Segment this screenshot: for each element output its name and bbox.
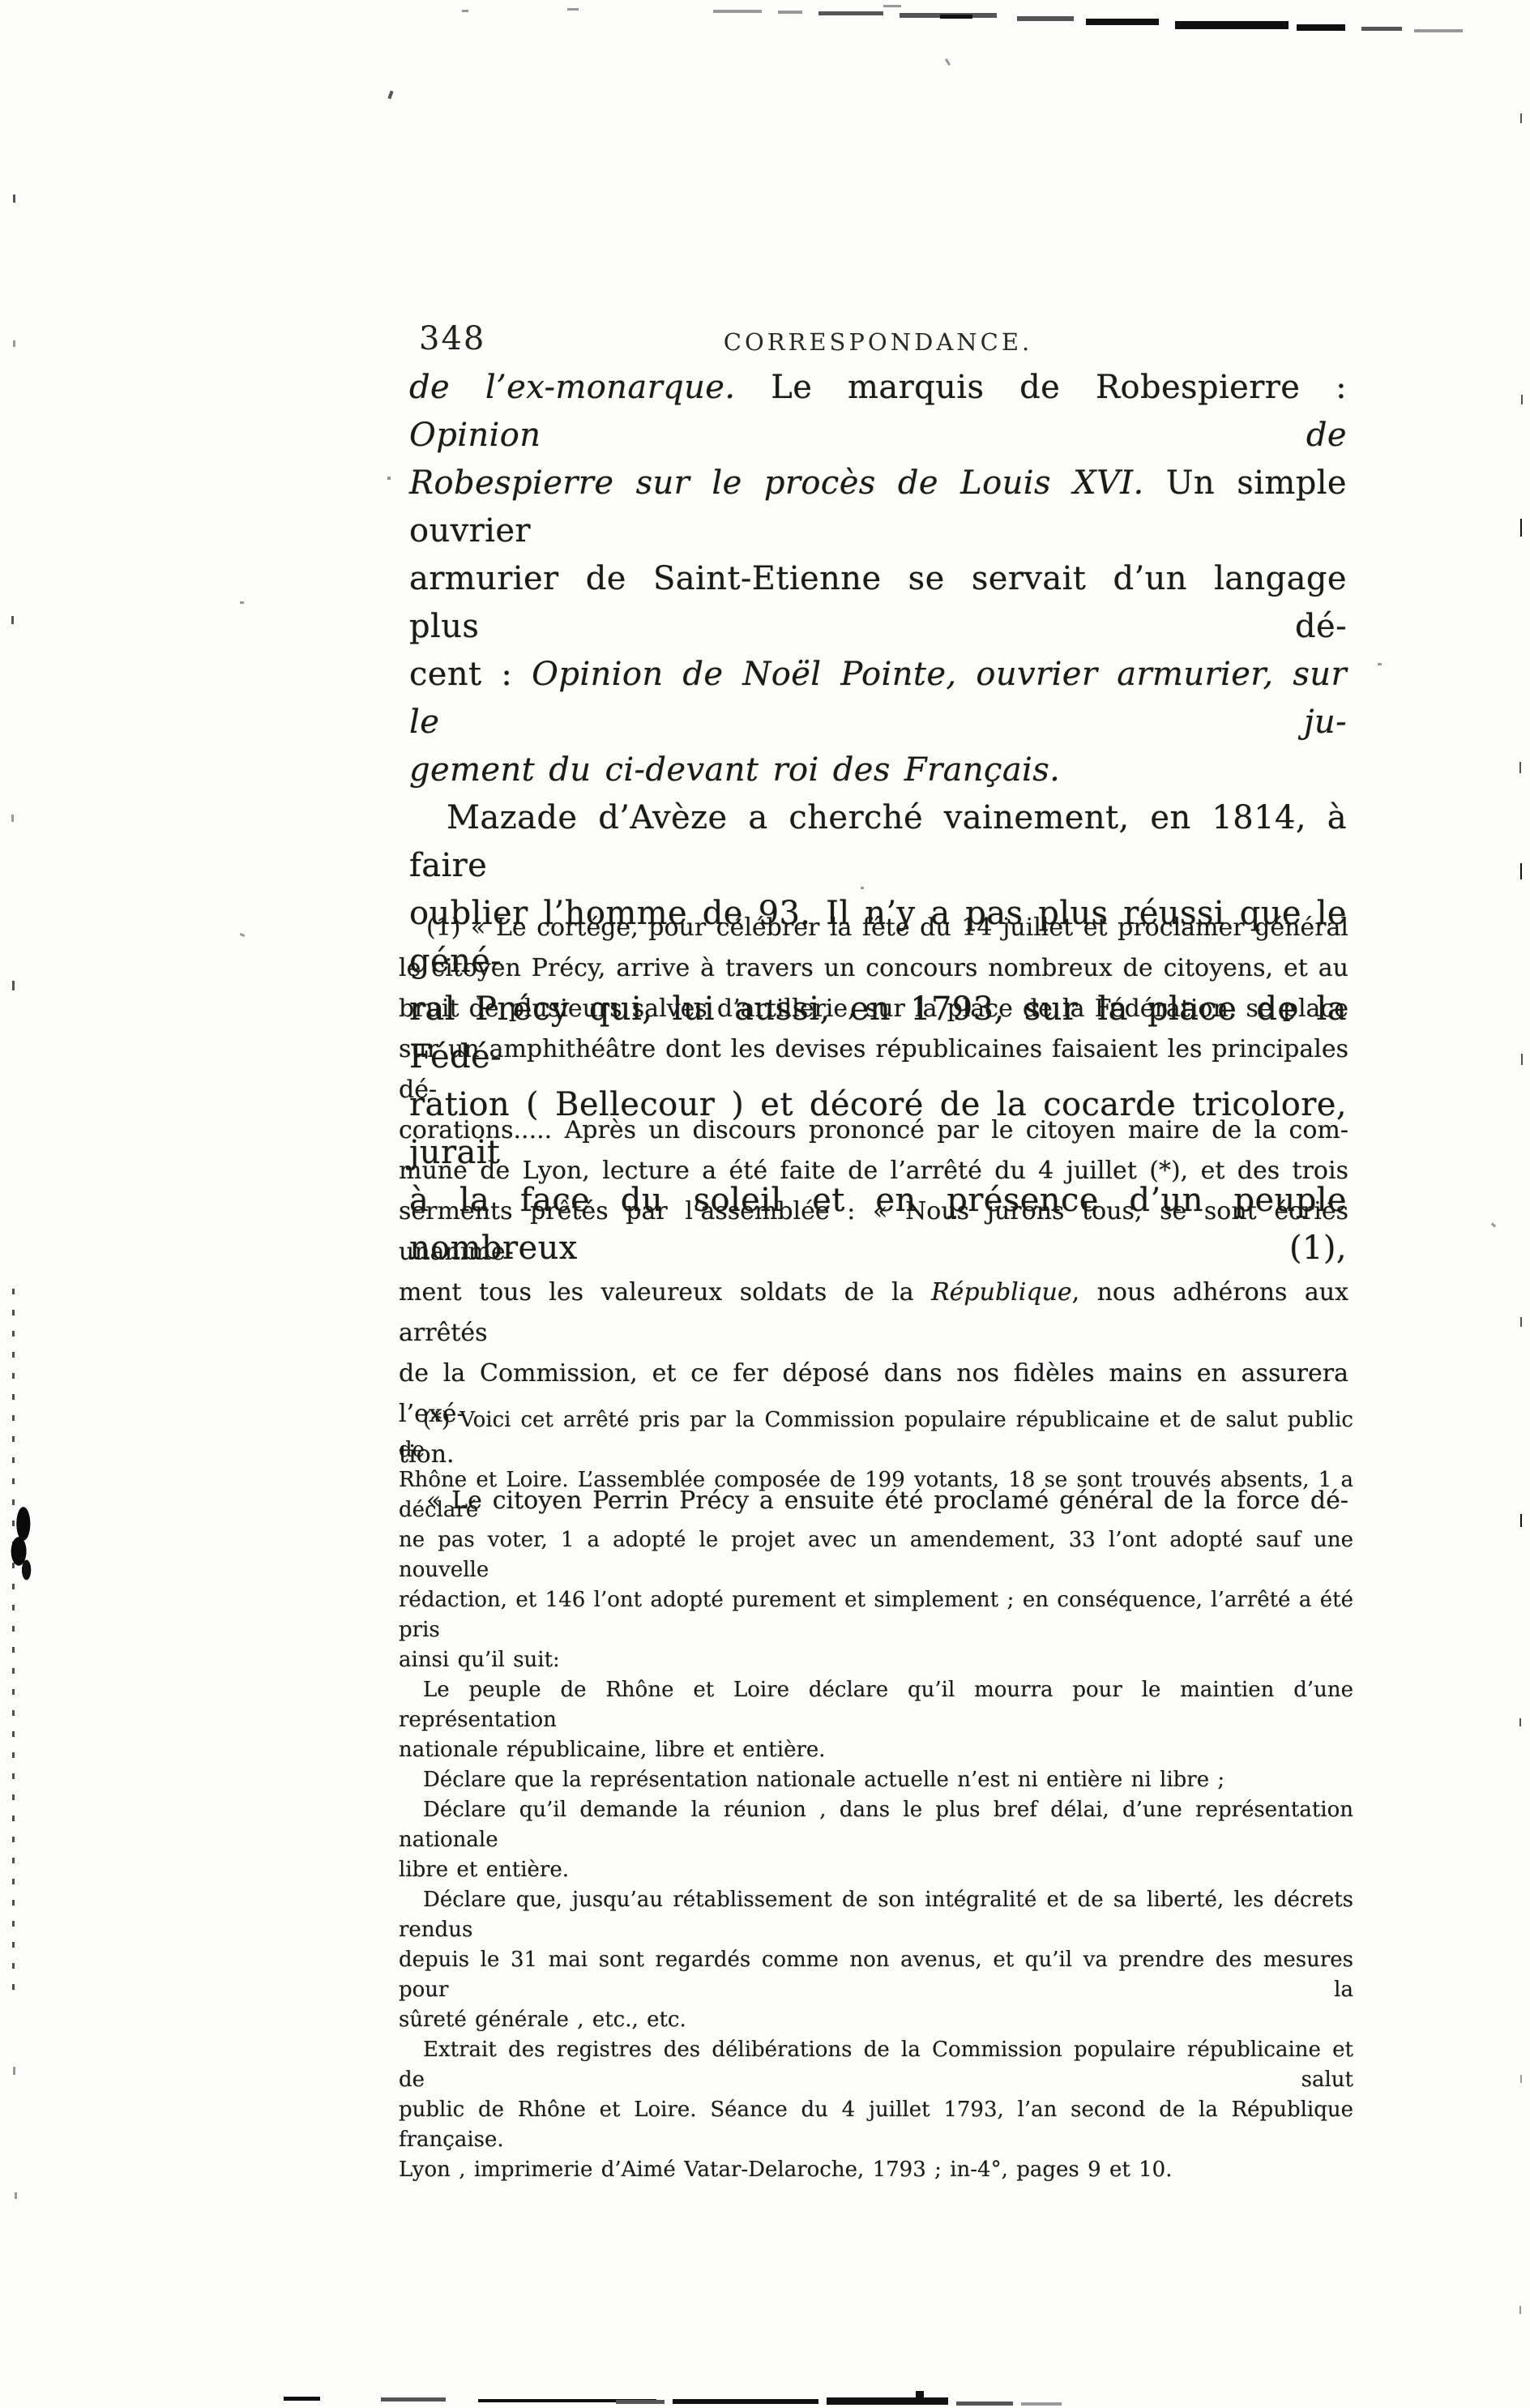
text-line: (1) « Le cortége, pour célébrer la fête … [399,908,1348,948]
text-line: serments prêtés par l’assemblée : « Nous… [399,1191,1348,1272]
text-line: Déclare que la représentation nationale … [399,1765,1353,1795]
text-line: corations..... Après un discours prononc… [399,1110,1348,1151]
text-line: Déclare qu’il demande la réunion , dans … [399,1795,1353,1855]
text-line: bruit de plusieurs salves d’artillerie, … [399,989,1348,1029]
text-line: libre et entière. [399,1855,1353,1885]
text-line: nationale républicaine, libre et entière… [399,1735,1353,1765]
text-line: Le peuple de Rhône et Loire déclare qu’i… [399,1675,1353,1735]
text-line: cent : Opinion de Noël Pointe, ouvrier a… [409,651,1347,746]
text-line: le citoyen Précy, arrive à travers un co… [399,948,1348,989]
text-line: Extrait des registres des délibérations … [399,2035,1353,2095]
text-line: sur un amphithéâtre dont les devises rép… [399,1029,1348,1110]
text-line: rédaction, et 146 l’ont adopté purement … [399,1585,1353,1645]
text-line: depuis le 31 mai sont regardés comme non… [399,1945,1353,2005]
text-line: sûreté générale , etc., etc. [399,2005,1353,2035]
footnote-2: (*) Voici cet arrêté pris par la Commiss… [399,1405,1353,2185]
text-line: gement du ci-devant roi des Français. [409,746,1347,794]
text-line: Robespierre sur le procès de Louis XVI. … [409,460,1347,555]
text-line: Déclare que, jusqu’au rétablissement de … [399,1885,1353,1945]
text-line: public de Rhône et Loire. Séance du 4 ju… [399,2095,1353,2155]
text-line: (*) Voici cet arrêté pris par la Commiss… [399,1405,1353,1465]
text-line: ment tous les valeureux soldats de la Ré… [399,1272,1348,1354]
text-line: Lyon , imprimerie d’Aimé Vatar-Delaroche… [399,2155,1353,2185]
running-title: CORRESPONDANCE. [409,331,1347,354]
text-line: armurier de Saint-Etienne se servait d’u… [409,555,1347,651]
text-line: Rhône et Loire. L’assemblée composée de … [399,1465,1353,1525]
scanned-book-page: 348 CORRESPONDANCE. de l’ex-monarque. Le… [0,0,1530,2408]
text-line: mune de Lyon, lecture a été faite de l’a… [399,1151,1348,1191]
text-line: de l’ex-monarque. Le marquis de Robespie… [409,364,1347,460]
text-line: Mazade d’Avèze a cherché vainement, en 1… [409,794,1347,890]
text-line: ainsi qu’il suit: [399,1645,1353,1675]
text-line: ne pas voter, 1 a adopté le projet avec … [399,1525,1353,1585]
